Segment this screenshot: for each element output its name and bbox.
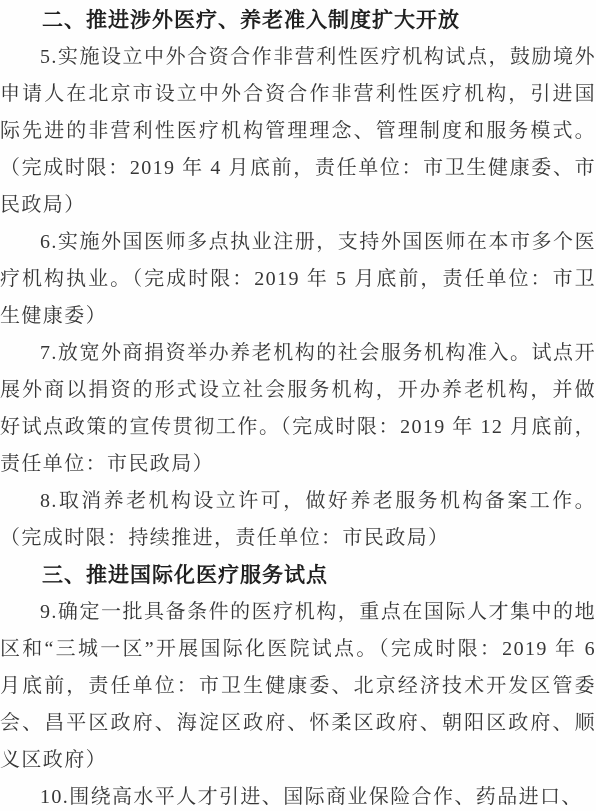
paragraph-item-10: 10.围绕高水平人才引进、国际商业保险合作、药品进口、 — [0, 779, 596, 811]
section-heading-3: 三、推进国际化医疗服务试点 — [0, 557, 596, 594]
section-heading-2: 二、推进涉外医疗、养老准入制度扩大开放 — [0, 2, 596, 39]
paragraph-item-5: 5.实施设立中外合资合作非营利性医疗机构试点，鼓励境外申请人在北京市设立中外合资… — [0, 39, 596, 224]
paragraph-item-7: 7.放宽外商捐资举办养老机构的社会服务机构准入。试点开展外商以捐资的形式设立社会… — [0, 335, 596, 483]
paragraph-item-8: 8.取消养老机构设立许可，做好养老服务机构备案工作。（完成时限：持续推进，责任单… — [0, 483, 596, 557]
paragraph-item-6: 6.实施外国医师多点执业注册，支持外国医师在本市多个医疗机构执业。（完成时限：2… — [0, 224, 596, 335]
document-page: 二、推进涉外医疗、养老准入制度扩大开放 5.实施设立中外合资合作非营利性医疗机构… — [0, 0, 596, 811]
paragraph-item-9: 9.确定一批具备条件的医疗机构，重点在国际人才集中的地区和“三城一区”开展国际化… — [0, 594, 596, 779]
